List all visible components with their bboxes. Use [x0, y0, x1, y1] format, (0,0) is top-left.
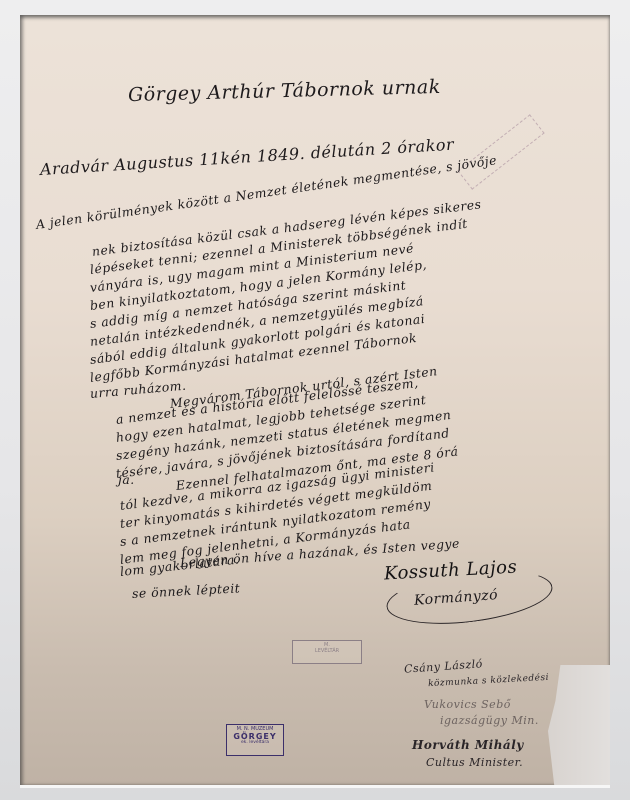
stamp-line: LEVÉLTÁR [293, 649, 361, 655]
countersignature-name: Vukovics Sebő [424, 698, 511, 711]
countersignature-name: Horváth Mihály [412, 738, 524, 752]
countersignature-title: igazságügy Min. [440, 714, 539, 727]
mat-bevel [20, 785, 610, 788]
museum-stamp: M. N. MUZEUM GÖRGEY ek. levéltára [226, 724, 284, 756]
stamp-line: ek. levéltára [227, 741, 283, 746]
countersignature-title: Cultus Minister. [426, 756, 523, 769]
archive-stamp: M. LEVÉLTÁR [292, 640, 362, 664]
body-line: ja. [118, 472, 135, 487]
